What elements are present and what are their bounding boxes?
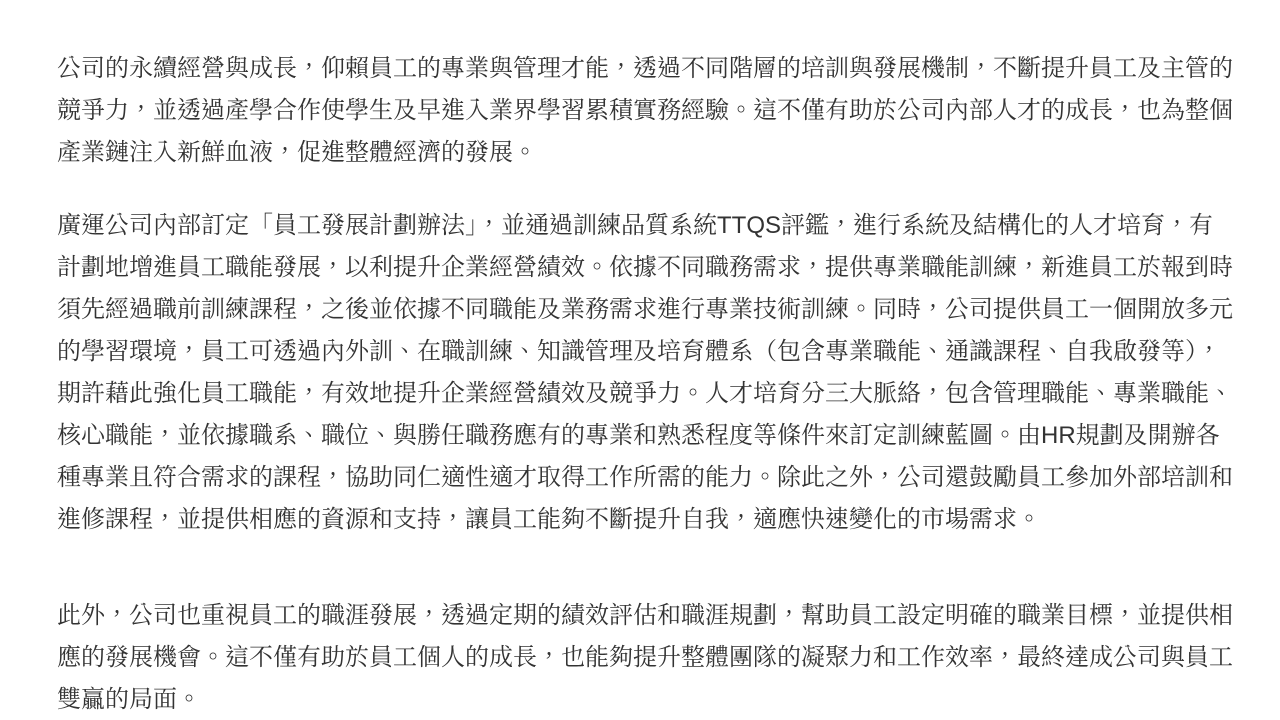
document-page: 公司的永續經營與成長，仰賴員工的專業與管理才能，透過不同階層的培訓與發展機制，不… bbox=[0, 0, 1280, 720]
paragraph-career-development: 此外，公司也重視員工的職涯發展，透過定期的績效評估和職涯規劃，幫助員工設定明確的… bbox=[57, 595, 1233, 720]
document-body: 公司的永續經營與成長，仰賴員工的專業與管理才能，透過不同階層的培訓與發展機制，不… bbox=[57, 48, 1233, 720]
paragraph-sustainability-talent: 公司的永續經營與成長，仰賴員工的專業與管理才能，透過不同階層的培訓與發展機制，不… bbox=[57, 48, 1233, 174]
paragraph-training-system: 廣運公司內部訂定「員工發展計劃辦法」，並通過訓練品質系統TTQS評鑑，進行系統及… bbox=[57, 205, 1233, 541]
